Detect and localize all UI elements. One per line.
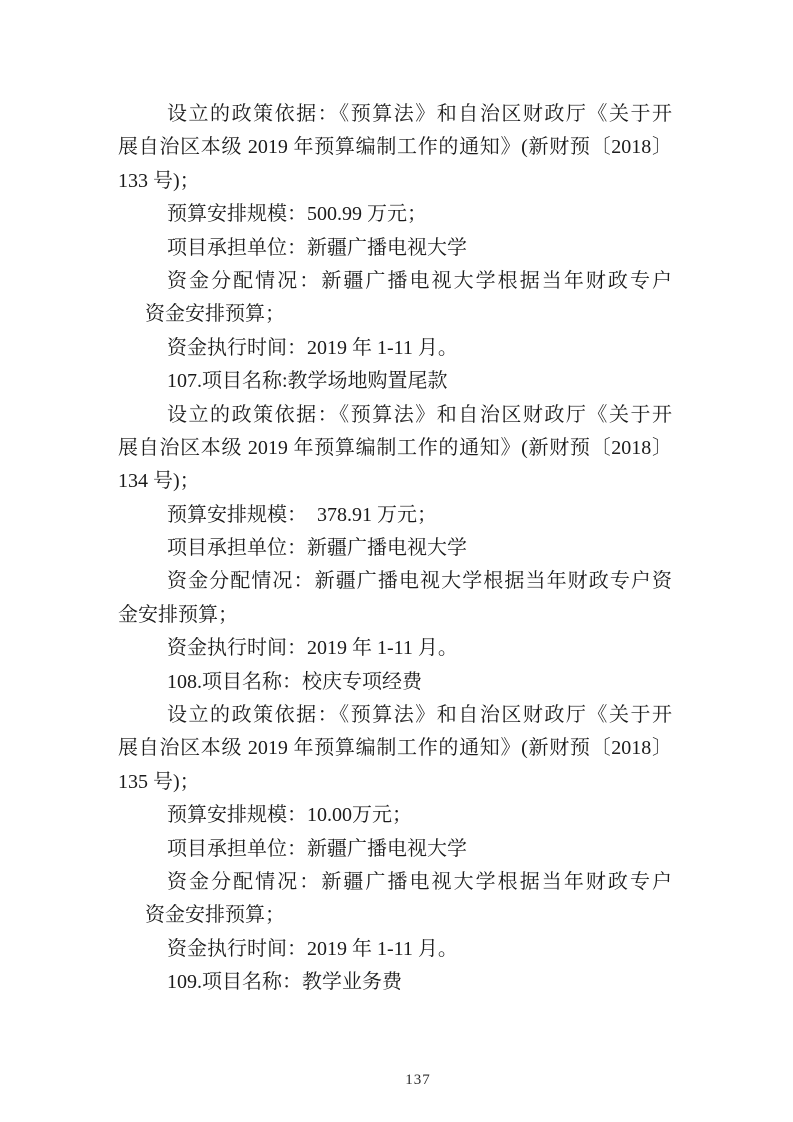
doc-line: 资金分配情况：新疆广播电视大学根据当年财政专户 <box>118 265 672 298</box>
doc-line: 资金执行时间：2019 年 1-11 月。 <box>118 632 672 665</box>
page-number: 137 <box>405 1072 431 1089</box>
doc-line: 135 号)； <box>118 766 672 799</box>
doc-line: 资金分配情况：新疆广播电视大学根据当年财政专户 <box>118 866 672 899</box>
doc-line: 133 号)； <box>118 165 672 198</box>
doc-line: 金安排预算； <box>118 599 672 632</box>
doc-line: 预算安排规模：500.99 万元； <box>118 198 672 231</box>
doc-line: 项目承担单位：新疆广播电视大学 <box>118 833 672 866</box>
doc-line: 展自治区本级 2019 年预算编制工作的通知》(新财预〔2018〕 <box>118 131 672 164</box>
doc-line: 109.项目名称：教学业务费 <box>118 966 672 999</box>
doc-line: 设立的政策依据：《预算法》和自治区财政厅《关于开 <box>118 699 672 732</box>
doc-line: 项目承担单位：新疆广播电视大学 <box>118 532 672 565</box>
doc-line: 107.项目名称:教学场地购置尾款 <box>118 365 672 398</box>
doc-line: 108.项目名称：校庆专项经费 <box>118 666 672 699</box>
doc-line: 134 号)； <box>118 465 672 498</box>
doc-line: 展自治区本级 2019 年预算编制工作的通知》(新财预〔2018〕 <box>118 432 672 465</box>
doc-line: 资金执行时间：2019 年 1-11 月。 <box>118 933 672 966</box>
doc-line: 资金执行时间：2019 年 1-11 月。 <box>118 332 672 365</box>
doc-line: 资金安排预算； <box>118 298 672 331</box>
page-text: 设立的政策依据：《预算法》和自治区财政厅《关于开 展自治区本级 2019 年预算… <box>118 98 672 1000</box>
doc-line: 预算安排规模： 378.91 万元； <box>118 499 672 532</box>
doc-line: 展自治区本级 2019 年预算编制工作的通知》(新财预〔2018〕 <box>118 732 672 765</box>
doc-line: 设立的政策依据：《预算法》和自治区财政厅《关于开 <box>118 98 672 131</box>
doc-line: 项目承担单位：新疆广播电视大学 <box>118 232 672 265</box>
document-page: 设立的政策依据：《预算法》和自治区财政厅《关于开 展自治区本级 2019 年预算… <box>0 0 793 1122</box>
doc-line: 预算安排规模：10.00万元； <box>118 799 672 832</box>
doc-line: 设立的政策依据：《预算法》和自治区财政厅《关于开 <box>118 399 672 432</box>
doc-line: 资金安排预算； <box>118 899 672 932</box>
doc-line: 资金分配情况：新疆广播电视大学根据当年财政专户资 <box>118 565 672 598</box>
